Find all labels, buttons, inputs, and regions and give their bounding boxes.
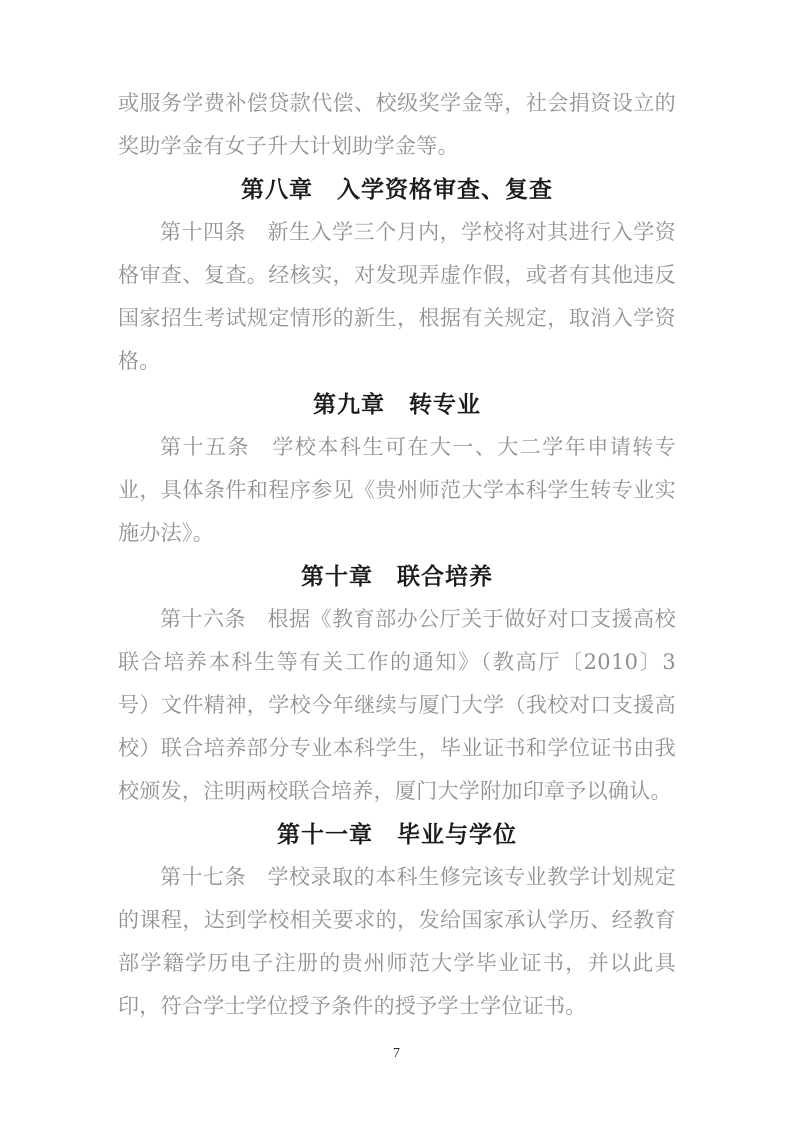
document-page: 或服务学费补偿贷款代偿、校级奖学金等，社会捐资设立的奖助学金有女子升大计划助学金… bbox=[0, 0, 793, 1122]
page-number: 7 bbox=[0, 1046, 793, 1062]
continued-paragraph-scholarships: 或服务学费补偿贷款代偿、校级奖学金等，社会捐资设立的奖助学金有女子升大计划助学金… bbox=[118, 82, 676, 168]
article-14-paragraph: 第十四条 新生入学三个月内，学校将对其进行入学资格审查、复查。经核实，对发现弄虚… bbox=[118, 211, 676, 383]
article-16-paragraph: 第十六条 根据《教育部办公厅关于做好对口支援高校联合培养本科生等有关工作的通知》… bbox=[118, 598, 676, 813]
article-15-paragraph: 第十五条 学校本科生可在大一、大二学年申请转专业，具体条件和程序参见《贵州师范大… bbox=[118, 426, 676, 555]
chapter-10-heading: 第十章 联合培养 bbox=[118, 555, 676, 598]
page-content: 或服务学费补偿贷款代偿、校级奖学金等，社会捐资设立的奖助学金有女子升大计划助学金… bbox=[118, 82, 676, 1028]
article-17-paragraph: 第十七条 学校录取的本科生修完该专业教学计划规定的课程，达到学校相关要求的，发给… bbox=[118, 856, 676, 1028]
chapter-11-heading: 第十一章 毕业与学位 bbox=[118, 813, 676, 856]
chapter-9-heading: 第九章 转专业 bbox=[118, 383, 676, 426]
chapter-8-heading: 第八章 入学资格审查、复查 bbox=[118, 168, 676, 211]
